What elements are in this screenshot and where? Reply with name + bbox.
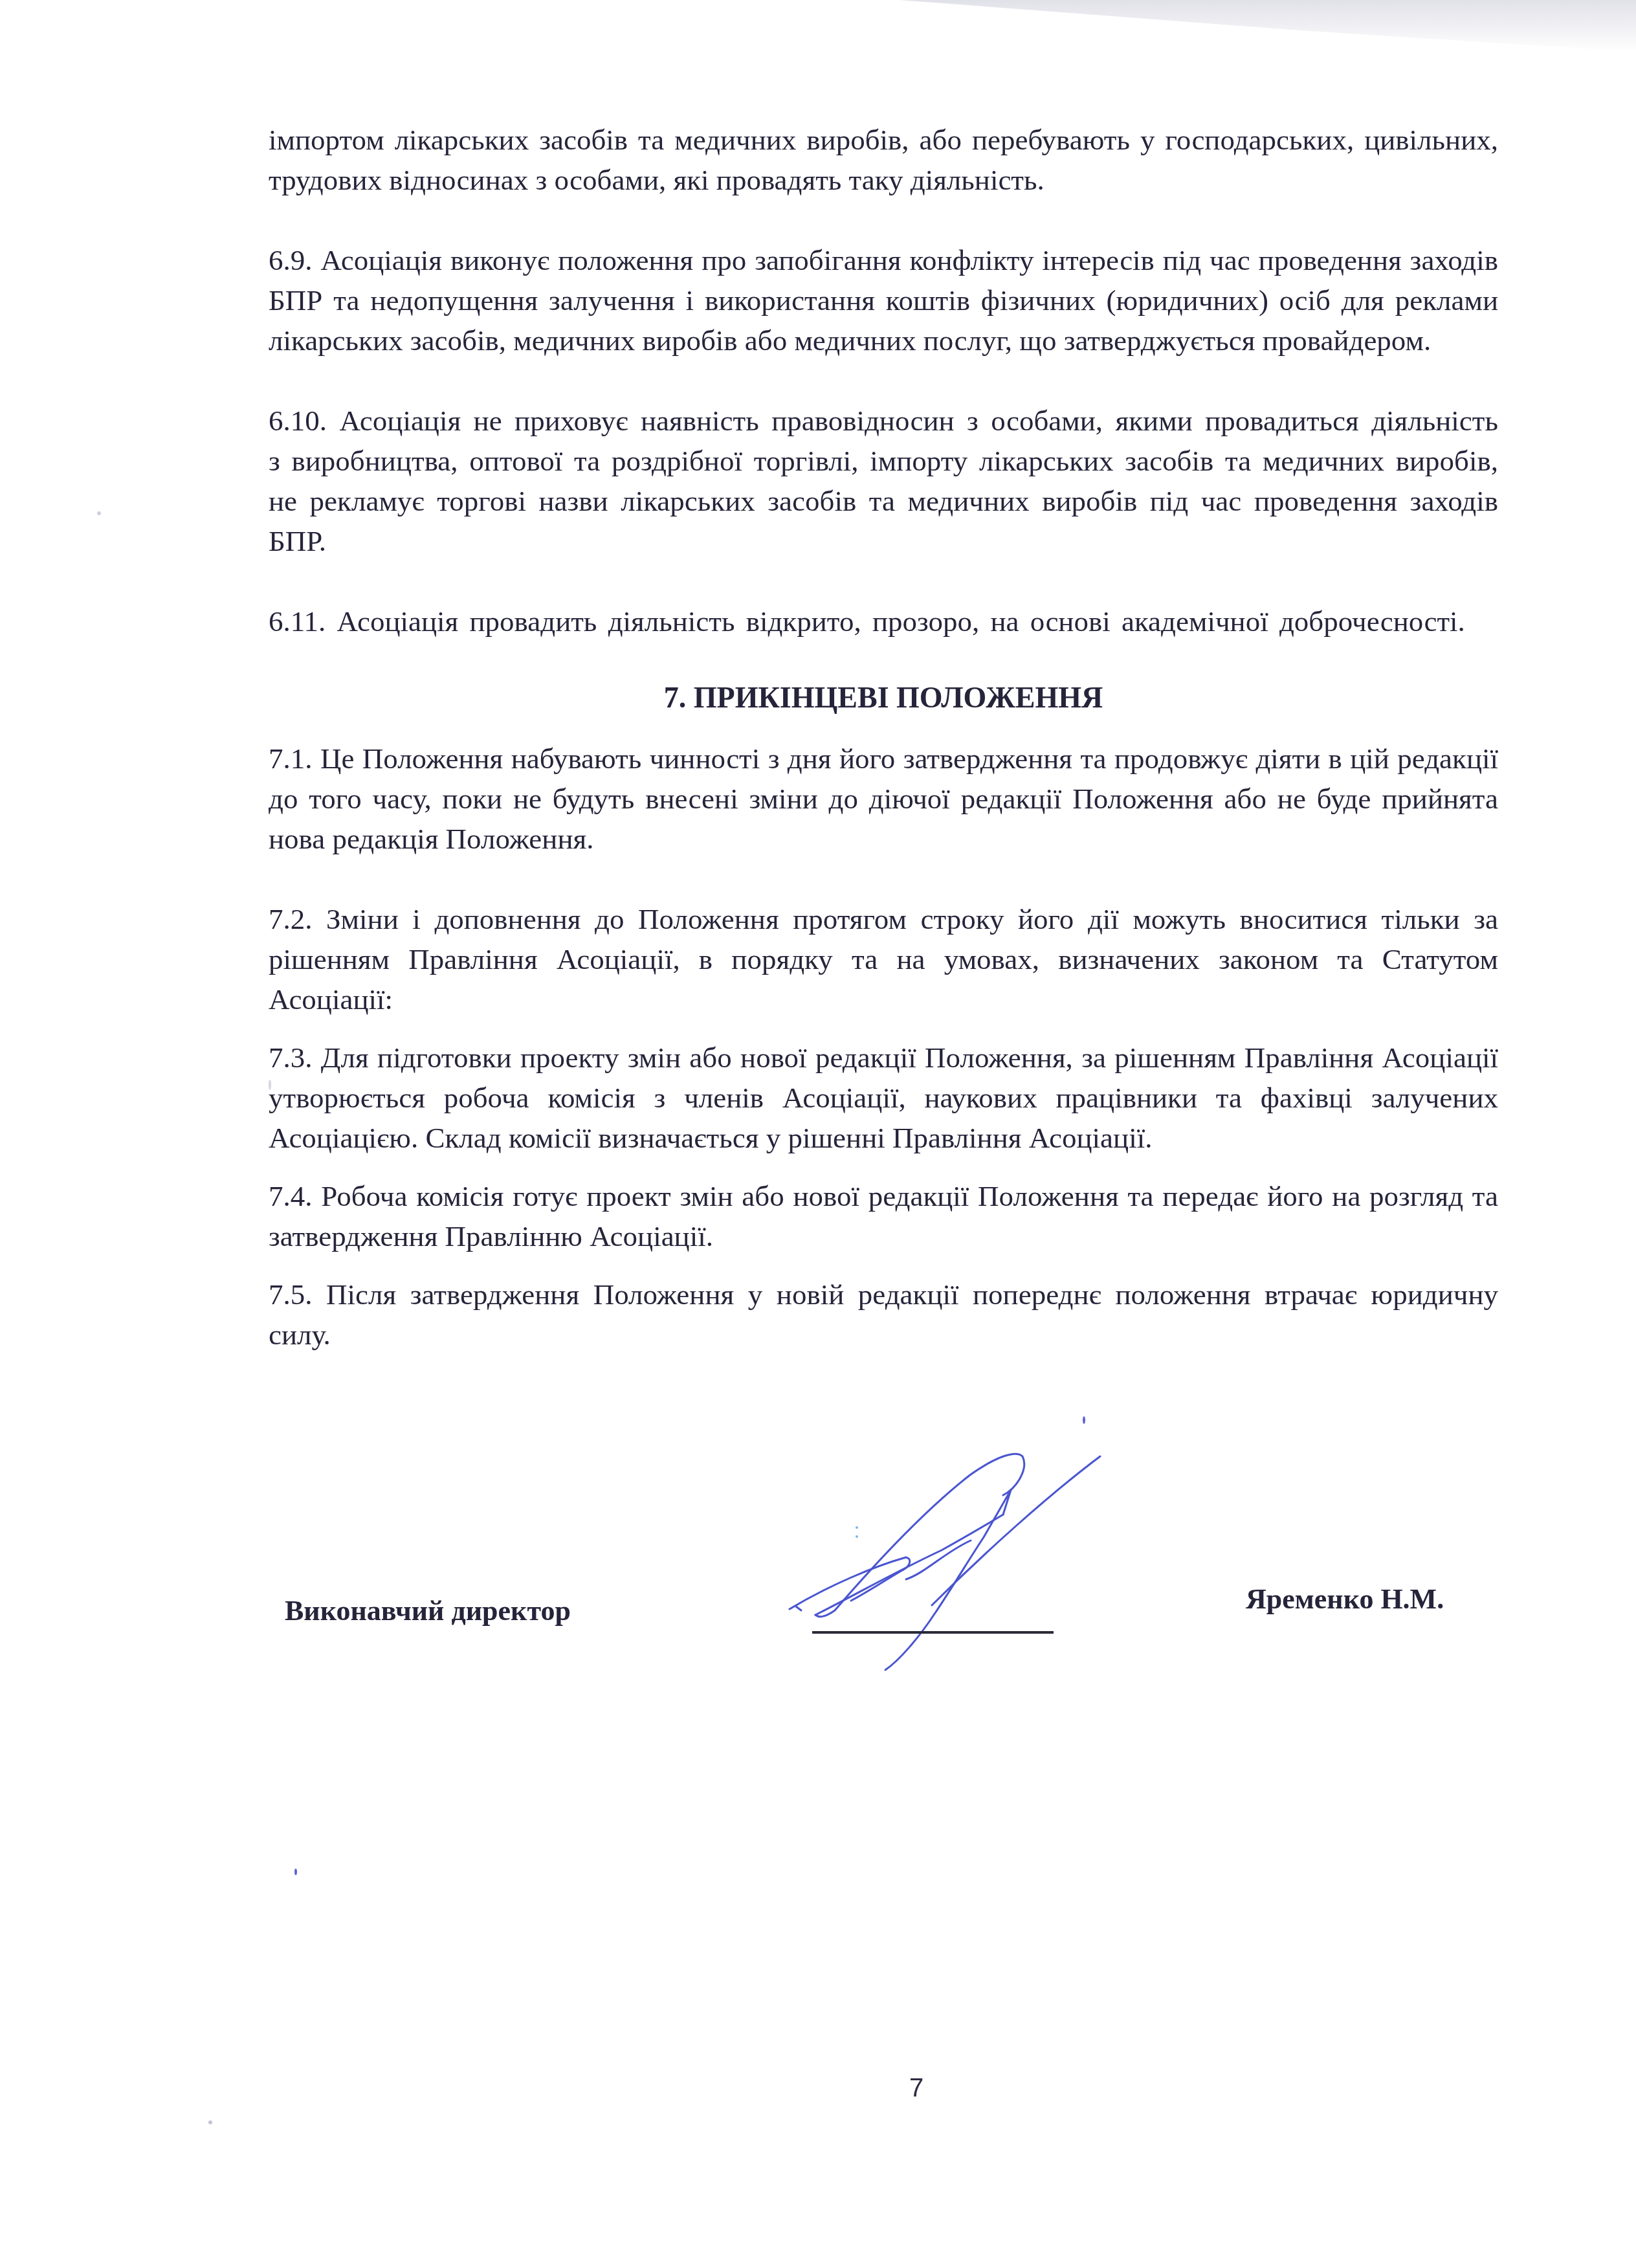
paragraph-7-3: 7.3. Для підготовки проекту змін або нов… — [269, 1038, 1498, 1158]
scan-edge-shadow — [0, 0, 1636, 52]
signature-line — [812, 1631, 1054, 1634]
paragraph-7-2: 7.2. Зміни і доповнення до Положення про… — [269, 899, 1498, 1019]
paragraph-7-4: 7.4. Робоча комісія готує проект змін аб… — [269, 1176, 1498, 1256]
paragraph-6-8-continued: імпортом лікарських засобів та медичних … — [269, 120, 1498, 200]
page-number: 7 — [909, 2074, 923, 2103]
signatory-role: Виконавчий директор — [285, 1591, 571, 1631]
paragraph-7-1: 7.1. Це Положення набувають чинності з д… — [269, 739, 1498, 859]
scan-speck — [269, 1080, 271, 1090]
scan-speck — [294, 1869, 297, 1875]
scan-speck — [208, 2120, 212, 2124]
signature-block: Виконавчий директор Яременко Н.М. — [0, 1591, 1636, 1720]
handwritten-signature-icon — [777, 1443, 1113, 1689]
scan-speck — [1083, 1416, 1085, 1424]
scan-speck — [97, 511, 101, 515]
signatory-name: Яременко Н.М. — [1246, 1579, 1444, 1619]
paragraph-6-9: 6.9. Асоціація виконує положення про зап… — [269, 240, 1498, 361]
paragraph-6-10: 6.10. Асоціація не приховує наявність пр… — [269, 401, 1498, 561]
paragraph-7-5: 7.5. Після затвердження Положення у нові… — [269, 1274, 1498, 1355]
document-page: імпортом лікарських засобів та медичних … — [269, 120, 1498, 1355]
section-7-title: 7. ПРИКІНЦЕВІ ПОЛОЖЕННЯ — [269, 678, 1498, 718]
paragraph-6-11: 6.11. Асоціація провадить діяльність від… — [269, 601, 1498, 641]
